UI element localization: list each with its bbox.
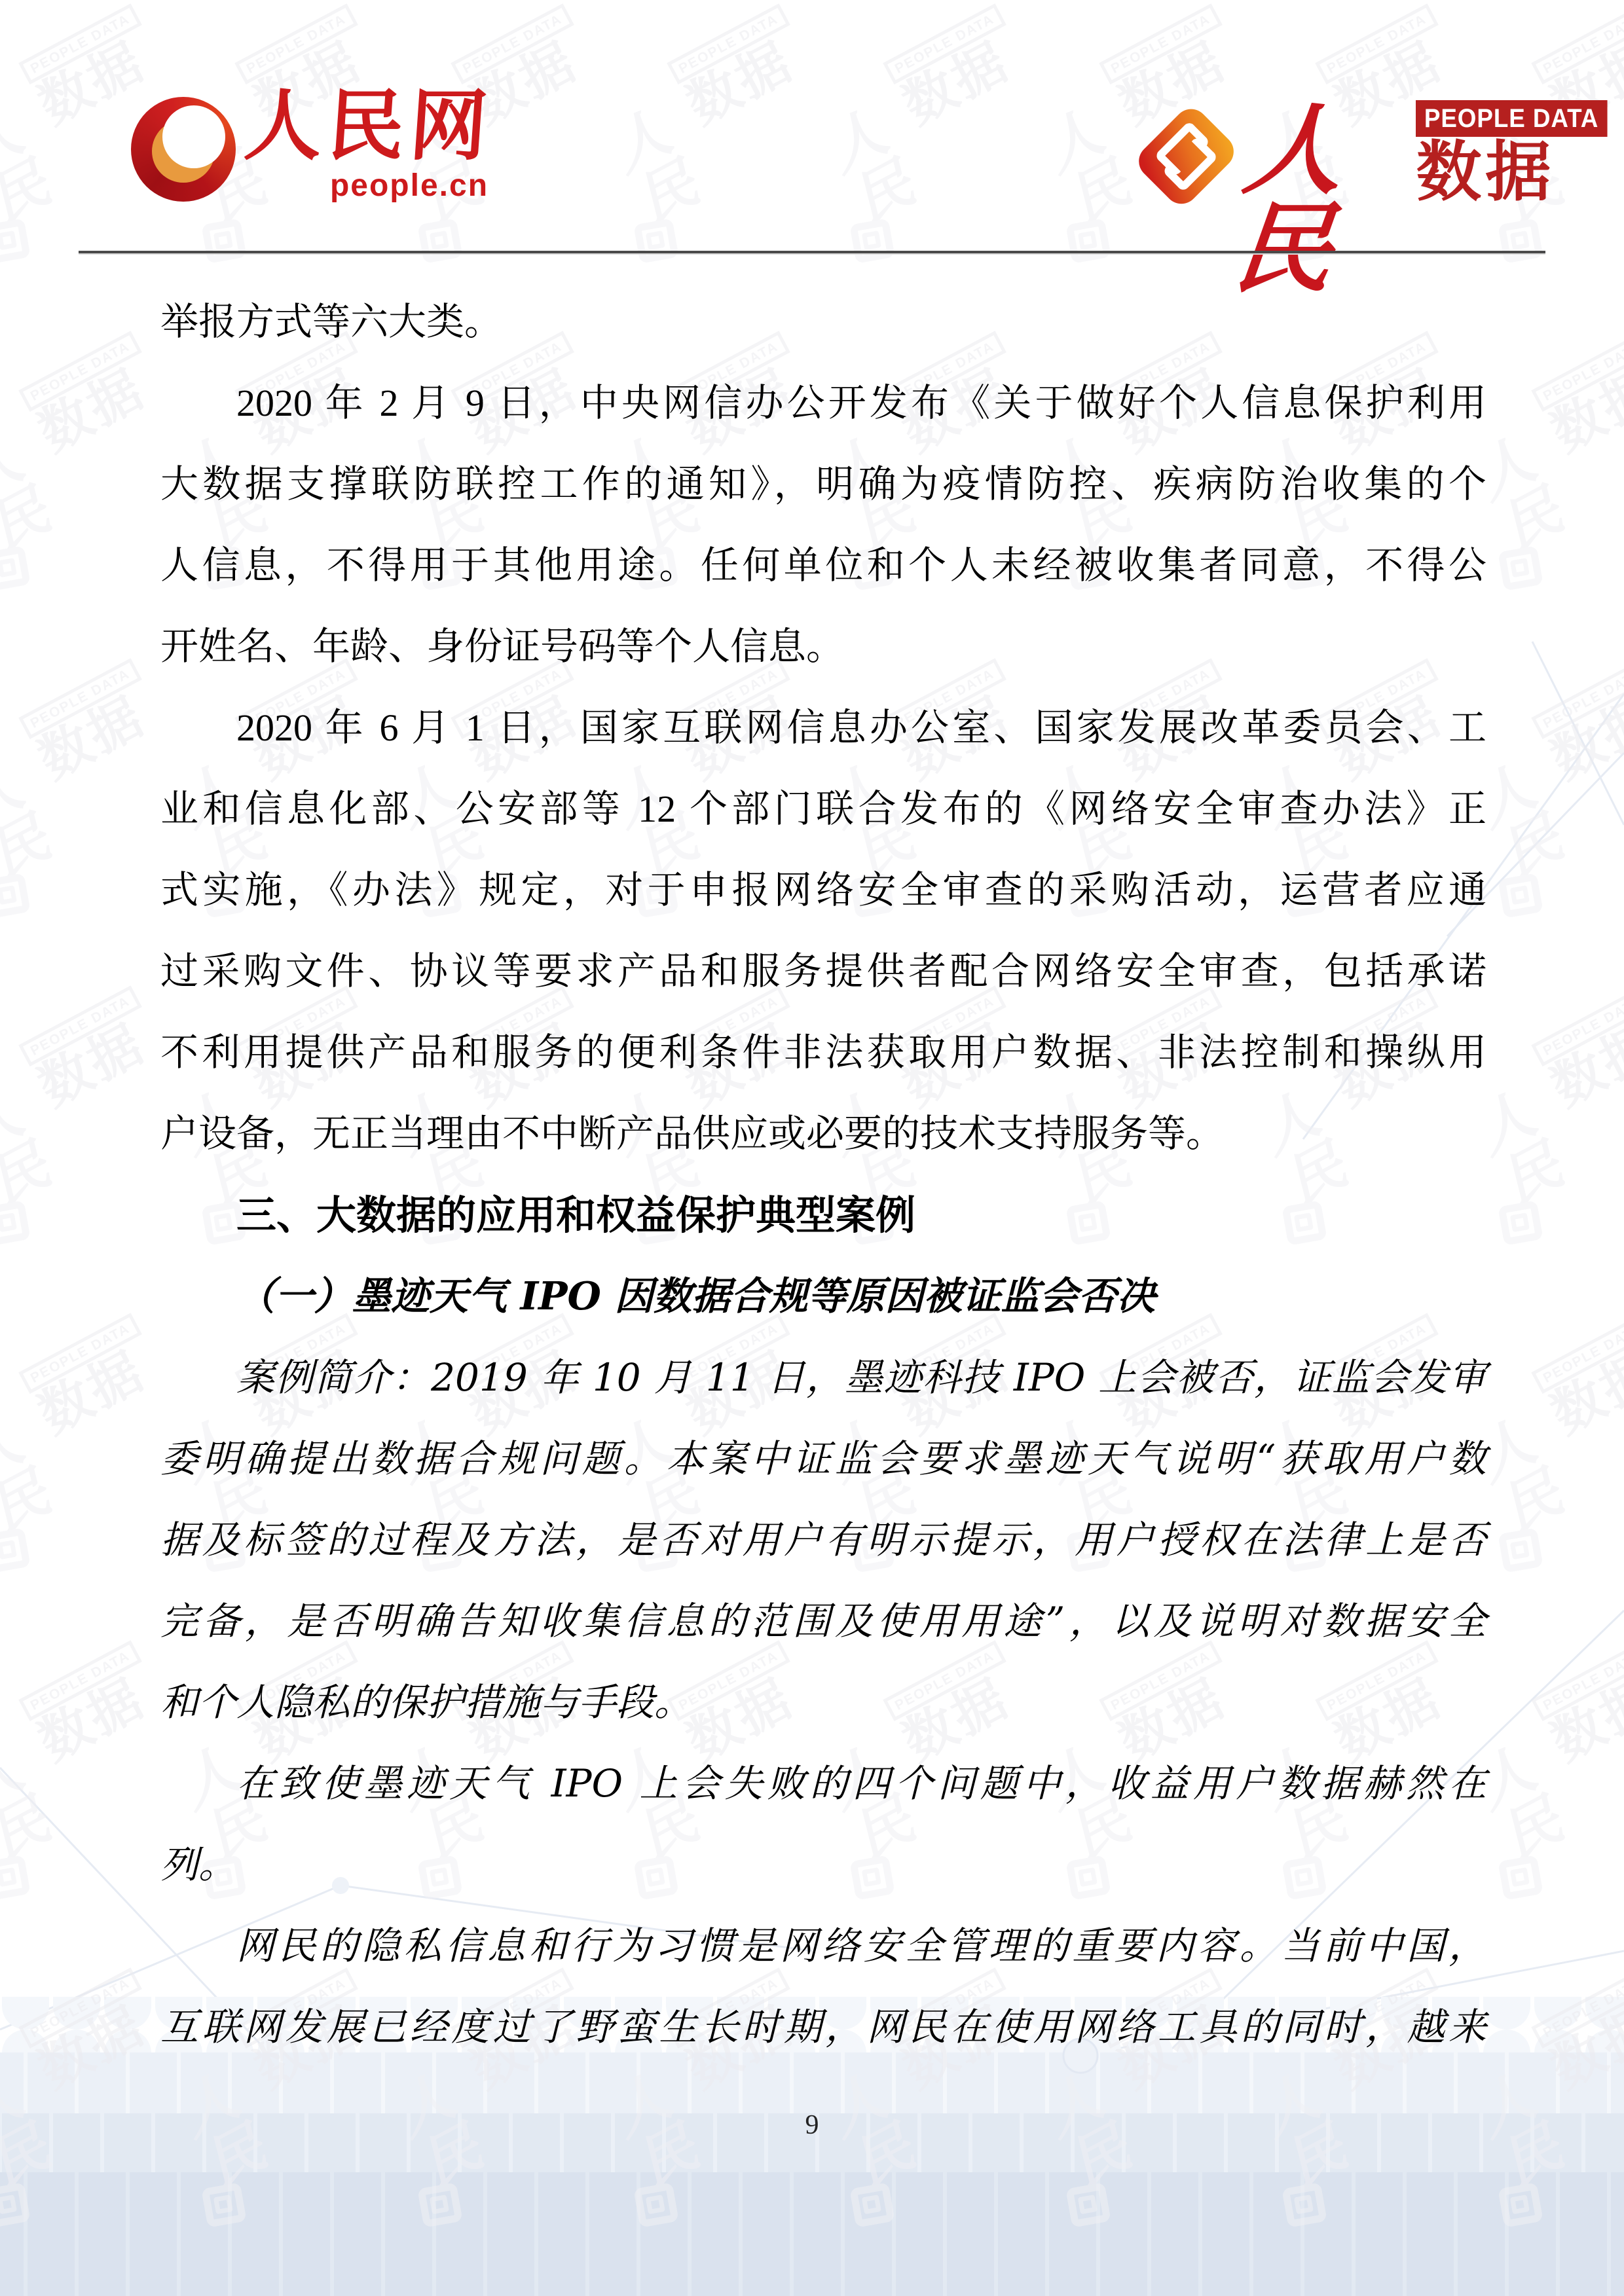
people-cn-logo: 人民网 people.cn — [131, 85, 492, 204]
text-line: 户设备，无正当理由不中断产品供应或必要的技术支持服务等。 — [160, 1093, 1486, 1175]
text-line: 大数据支撑联防联控工作的通知》，明确为疫情防控、疾病防治收集的个 — [160, 444, 1486, 525]
section-heading: 三、大数据的应用和权益保护典型案例 — [160, 1175, 1486, 1256]
people-data-wordmark: 数据 — [1416, 139, 1555, 205]
case-subheading: （一）墨迹天气 IPO 因数据合规等原因被证监会否决 — [160, 1256, 1486, 1337]
text-line: 和个人隐私的保护措施与手段。 — [160, 1662, 1486, 1743]
text-line: 人信息，不得用于其他用途。任何单位和个人未经被收集者同意，不得公 — [160, 525, 1486, 606]
header-divider — [79, 251, 1545, 255]
text-line: 据及标签的过程及方法，是否对用户有明示提示，用户授权在法律上是否 — [160, 1499, 1486, 1580]
text-line: 业和信息化部、公安部等 12 个部门联合发布的《网络安全审查办法》正 — [160, 769, 1486, 850]
text-line: 委明确提出数据合规问题。本案中证监会要求墨迹天气说明“获取用户数 — [160, 1418, 1486, 1499]
text-line: 2020 年 2 月 9 日，中央网信办公开发布《关于做好个人信息保护利用 — [160, 363, 1486, 444]
text-line: 列。 — [160, 1824, 1486, 1905]
document-body: 举报方式等六大类。2020 年 2 月 9 日，中央网信办公开发布《关于做好个人… — [160, 282, 1486, 2068]
text-line: 不利用提供产品和服务的便利条件非法获取用户数据、非法控制和操纵用 — [160, 1012, 1486, 1093]
text-line: 案例简介：2019 年 10 月 11 日，墨迹科技 IPO 上会被否，证监会发… — [160, 1337, 1486, 1418]
people-cn-domain: people.cn — [330, 168, 489, 204]
people-cn-wordmark: 人民网 — [242, 85, 496, 166]
text-line: 完备，是否明确告知收集信息的范围及使用用途”，以及说明对数据安全 — [160, 1580, 1486, 1662]
text-line: 开姓名、年龄、身份证号码等个人信息。 — [160, 606, 1486, 687]
people-cn-globe-icon — [131, 97, 236, 202]
text-line: 网民的隐私信息和行为习惯是网络安全管理的重要内容。当前中国， — [160, 1905, 1486, 1986]
people-data-badge: PEOPLE DATA — [1416, 100, 1607, 137]
people-data-script: 人民 — [1229, 101, 1414, 298]
text-line: 互联网发展已经度过了野蛮生长时期，网民在使用网络工具的同时，越来 — [160, 1986, 1486, 2068]
text-line: 在致使墨迹天气 IPO 上会失败的四个问题中，收益用户数据赫然在 — [160, 1743, 1486, 1824]
people-data-logo: 人民 PEOPLE DATA 数据 — [1151, 95, 1624, 298]
page-number: 9 — [0, 2109, 1624, 2141]
text-line: 式实施，《办法》规定，对于申报网络安全审查的采购活动，运营者应通 — [160, 850, 1486, 931]
text-line: 举报方式等六大类。 — [160, 282, 1486, 363]
text-line: 过采购文件、协议等要求产品和服务提供者配合网络安全审查，包括承诺 — [160, 931, 1486, 1012]
text-line: 2020 年 6 月 1 日，国家互联网信息办公室、国家发展改革委员会、工 — [160, 687, 1486, 769]
